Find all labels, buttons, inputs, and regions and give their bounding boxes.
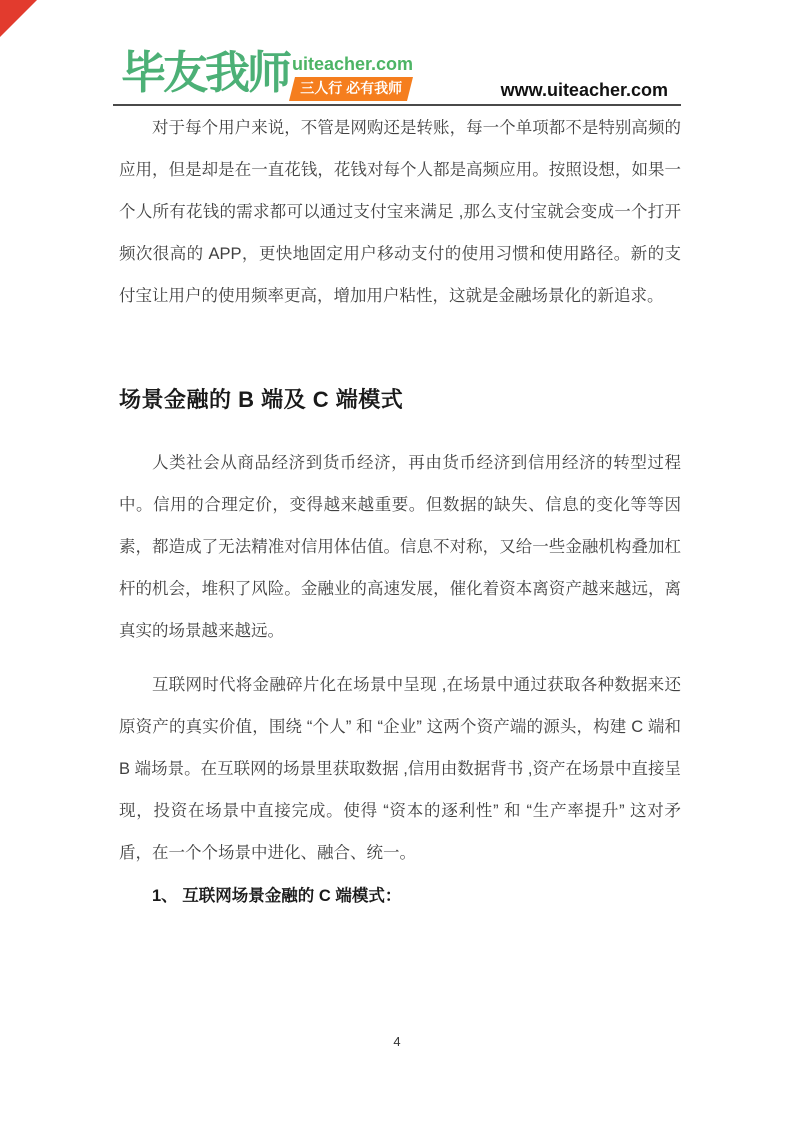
page-number: 4 (0, 1034, 794, 1049)
section-heading: 场景金融的 B 端及 C 端模式 (119, 383, 403, 414)
numbered-list-item-1: 1、 互联网场景金融的 C 端模式： (119, 875, 681, 917)
header-divider-line (113, 104, 681, 106)
paragraph-2: 人类社会从商品经济到货币经济，再由货币经济到信用经济的转型过程中。信用的合理定价… (119, 442, 681, 652)
brand-tagline-text: 三人行 必有我师 (300, 81, 402, 95)
brand-domain-text: uiteacher.com (292, 55, 422, 73)
paragraph-3: 互联网时代将金融碎片化在场景中呈现 ,在场景中通过获取各种数据来还原资产的真实价… (119, 664, 681, 874)
brand-tagline-ribbon: 三人行 必有我师 (289, 77, 413, 101)
document-page: 毕友我师 uiteacher.com 三人行 必有我师 www.uiteache… (0, 0, 794, 1123)
brand-logo-subblock: uiteacher.com 三人行 必有我师 (292, 55, 422, 101)
paragraph-1: 对于每个用户来说，不管是网购还是转账，每一个单项都不是特别高频的应用，但是却是在… (119, 107, 681, 317)
corner-mark-triangle (0, 0, 37, 37)
website-url-text: www.uiteacher.com (501, 80, 668, 101)
brand-logo-text: 毕友我师 (121, 50, 289, 95)
